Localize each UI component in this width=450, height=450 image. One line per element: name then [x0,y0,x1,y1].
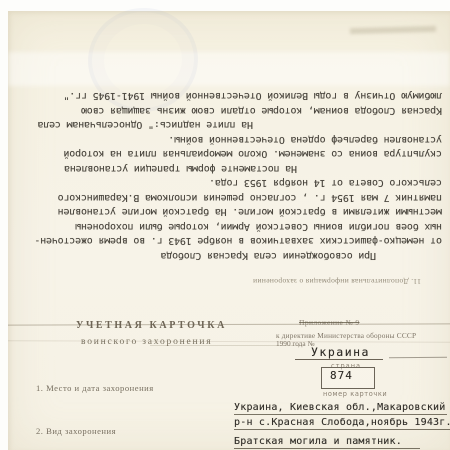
field-burial-type-label: 2. Вид захоронения [36,426,116,436]
card-number-value: 874 [330,369,353,382]
reverse-text-line: памятник 7 мая 1954 г. , согласно решени… [18,190,442,205]
reverse-text-line: На плите надпись:" Односельчанам села [18,117,442,132]
field-place-date-value-line1: Украина, Киевская обл.,Макаровский [234,402,447,415]
card-number-caption: номер карточки [323,390,387,398]
reverse-text-line: На постаменте формы трапеции установлена [18,161,442,176]
reverse-text-line: скульптура воина со знаменем. Около мемо… [18,146,442,161]
reverse-side-text-block: При освобождении села Красная Слобода от… [18,88,442,262]
country-underline [295,359,383,360]
reverse-text-line: ных боев погибли воины Советской Армии, … [18,219,442,234]
annex-year-line: 1990 года № [276,339,314,348]
field-burial-type-value: Братская могила и памятник. [234,436,420,449]
reverse-text-line: местными жителями в братской могиле. На … [18,204,442,219]
reverse-text-line: любимую Отчизну в годы Великой Отечестве… [18,88,442,103]
reverse-text-line: При освобождении села Красная Слобода [18,248,442,263]
scanned-burial-card: При освобождении села Красная Слобода от… [0,0,450,450]
field-place-date-label: 1. Место и дата захоронения [36,383,154,393]
paper-light-band [8,52,450,86]
reverse-text-line: Красная Слобода воинам, которые отдали с… [18,103,442,118]
annex-reference-struck: Приложение № 9 [299,318,360,327]
country-value: Украина [311,345,370,359]
reverse-text-line: установлен барельеф ордена Отечественной… [18,132,442,147]
reverse-text-line: сельского Совета от 14 ноября 1953 года. [18,175,442,190]
additional-info-heading-upside-down: 11. Дополнительная информация о захороне… [222,277,421,286]
card-subtitle: воинского захоронения [81,337,212,347]
reverse-text-line: от немецко-фашистских захватчиков в нояб… [18,233,442,248]
field-place-date-value-line2: р-н с.Красная Слобода,ноябрь 1943г. [234,417,450,430]
card-title: УЧЕТНАЯ КАРТОЧКА [76,320,227,331]
